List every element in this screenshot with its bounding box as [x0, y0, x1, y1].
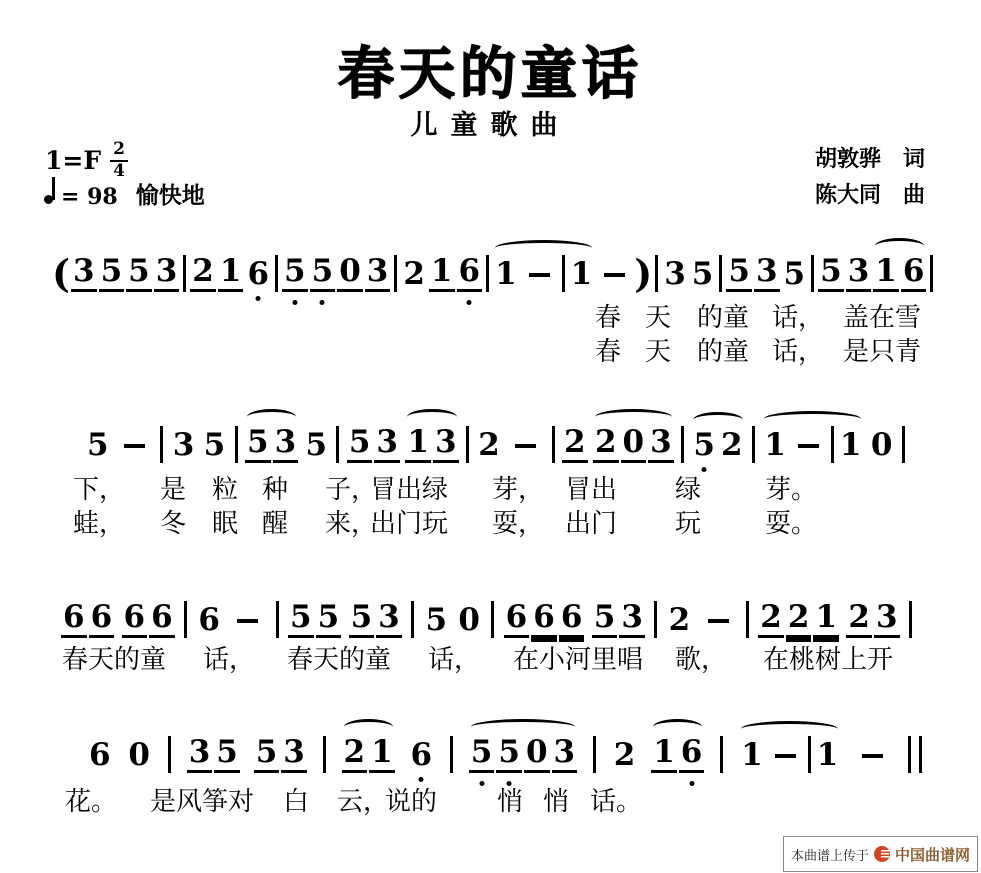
- note-digit: 5: [818, 253, 844, 292]
- note-digit: 5: [214, 734, 240, 773]
- note-digit: 5: [469, 734, 495, 773]
- note-group: [549, 426, 558, 463]
- note-digit: 6: [89, 599, 115, 638]
- lyrics-row-1-verse1: 春天的童话，盖在雪: [0, 297, 981, 329]
- barline: [746, 601, 749, 638]
- note-digit: 2: [401, 256, 427, 292]
- note: 0: [621, 424, 647, 463]
- lyric-syllable: 玩: [675, 503, 701, 540]
- note: 6: [61, 599, 87, 638]
- note-group: 66: [60, 599, 115, 638]
- note: 0: [869, 427, 895, 463]
- note-digit: 6: [409, 737, 435, 773]
- note-group: 53: [253, 734, 308, 773]
- note-digit: 5: [691, 427, 717, 463]
- note-digit: 3: [552, 734, 578, 773]
- note-digit: 3: [171, 427, 197, 463]
- note: 2: [719, 427, 745, 463]
- note: 6: [679, 734, 705, 773]
- note: 1: [369, 734, 395, 773]
- note-group: 55: [287, 599, 342, 638]
- note-digit: 6: [61, 599, 87, 638]
- note-digit: 5: [85, 427, 111, 463]
- lyrics-row-4: 花。是风筝对白云，说的悄悄话。: [0, 781, 981, 813]
- note-digit: 2: [342, 734, 368, 773]
- note: 5: [469, 734, 495, 773]
- barline: [183, 255, 186, 292]
- note-digit: 5: [202, 427, 228, 463]
- note-digit: 1: [493, 256, 519, 292]
- note-digit: 3: [71, 253, 97, 292]
- note-group: [333, 426, 342, 463]
- slur-arc: [875, 238, 924, 254]
- lyric-syllable: 白: [283, 781, 309, 818]
- note: 6: [149, 599, 175, 638]
- music-line-1: (3553216550321611)355355316: [52, 250, 908, 292]
- note-group: [506, 444, 545, 463]
- note: 3: [187, 734, 213, 773]
- lyric-syllable: 话，: [203, 639, 255, 676]
- barline: [552, 426, 555, 463]
- barline: [276, 601, 279, 638]
- barline: [752, 426, 755, 463]
- lyricist-credit: 胡敦骅 词: [815, 142, 925, 178]
- note-group: 2: [400, 256, 428, 292]
- slur-arc: [741, 721, 838, 737]
- note: 5: [288, 599, 314, 638]
- note: 2: [758, 599, 784, 638]
- note-digit: 2: [786, 599, 812, 638]
- dash-note: [515, 444, 536, 448]
- note-group: 53: [348, 599, 403, 638]
- lyric-syllable: 耍。: [765, 503, 817, 540]
- note-digit: 6: [196, 602, 222, 638]
- note: 6: [457, 253, 483, 292]
- note: 3: [154, 253, 180, 292]
- note: 1: [739, 737, 765, 773]
- note-group: 2: [611, 737, 639, 773]
- note-digit: 3: [281, 734, 307, 773]
- note: 0: [126, 737, 152, 773]
- lyric-syllable: 芽。: [765, 469, 817, 506]
- barline: [168, 736, 171, 773]
- dash-note: [237, 619, 258, 623]
- note: 3: [433, 424, 459, 463]
- note-group: [157, 426, 166, 463]
- note-group: [463, 426, 472, 463]
- note-digit: 6: [679, 734, 705, 773]
- note: 3: [874, 599, 900, 638]
- note-digit: 6: [531, 599, 557, 638]
- site-logo-icon: [874, 846, 890, 862]
- note: 3: [281, 734, 307, 773]
- note-digit: 2: [476, 427, 502, 463]
- note-digit: 0: [456, 602, 482, 638]
- note: 1: [218, 253, 244, 292]
- note: 2: [612, 737, 638, 773]
- expression-text: 愉快地: [136, 177, 205, 210]
- note-digit: 5: [310, 253, 336, 292]
- note: 2: [190, 253, 216, 292]
- lyric-syllable: 在桃树上开: [763, 639, 893, 676]
- lyrics-row-2-verse2: 蛙，冬眠醒来，出门玩耍，出门玩耍。: [0, 503, 981, 535]
- lyric-syllable: 悄: [497, 781, 523, 818]
- note: 6: [87, 737, 113, 773]
- note-group: 3: [661, 256, 689, 292]
- lyric-syllable: 冒出: [565, 469, 617, 506]
- barline: [719, 255, 722, 292]
- note: 6: [504, 599, 530, 638]
- note-digit: 6: [504, 599, 530, 638]
- lyric-syllable: 的童: [697, 297, 749, 334]
- note-group: [408, 601, 417, 638]
- note-digit: 5: [99, 253, 125, 292]
- subtitle: 儿童歌曲: [0, 103, 981, 142]
- barline: [593, 736, 596, 773]
- note-digit: 1: [813, 599, 839, 638]
- lyric-syllable: 种: [262, 469, 288, 506]
- note-group: [180, 255, 189, 292]
- note: 3: [846, 253, 872, 292]
- lyric-syllable: 粒: [212, 469, 238, 506]
- note: 5: [214, 734, 240, 773]
- barline: [831, 426, 834, 463]
- lyric-syllable: 醒: [262, 503, 288, 540]
- note-digit: 2: [758, 599, 784, 638]
- note: 5: [726, 253, 752, 292]
- note-group: 11: [738, 736, 841, 773]
- note: 5: [347, 424, 373, 463]
- note-group: 221: [757, 599, 840, 638]
- note-group: 6: [86, 737, 114, 773]
- site-name: 中国曲谱网: [895, 844, 970, 865]
- slur-arc: [407, 409, 456, 425]
- note-digit: 1: [873, 253, 899, 292]
- note-group: 5: [84, 427, 112, 463]
- note-group: 53: [817, 253, 872, 292]
- barline: [160, 426, 163, 463]
- note-group: 11: [492, 255, 595, 292]
- note: 5: [349, 599, 375, 638]
- note-digit: 5: [245, 424, 271, 463]
- note-digit: 5: [126, 253, 152, 292]
- note-group: 5: [781, 256, 809, 292]
- lyric-syllable: 耍，: [492, 503, 544, 540]
- lyric-syllable: 花。: [65, 781, 117, 818]
- note-digit: 2: [562, 424, 588, 463]
- barline: [486, 255, 489, 292]
- note: 5: [818, 253, 844, 292]
- note-group: 5503: [468, 734, 578, 773]
- dash-note: [708, 619, 729, 623]
- time-signature: 2 4: [110, 141, 128, 181]
- lyric-syllable: 冒出绿: [370, 469, 448, 506]
- dash-note: [124, 444, 145, 448]
- note: 6: [89, 599, 115, 638]
- note-digit: 5: [690, 256, 716, 292]
- note-digit: 5: [282, 253, 308, 292]
- note: 5: [282, 253, 308, 292]
- note-group: 53: [591, 599, 646, 638]
- lyric-syllable: 冬: [160, 503, 186, 540]
- note-digit: 3: [374, 424, 400, 463]
- note: 3: [662, 256, 688, 292]
- note: 6: [531, 599, 557, 638]
- note: 2: [593, 424, 619, 463]
- note-digit: 3: [273, 424, 299, 463]
- lyric-syllable: 话，: [772, 331, 824, 368]
- dash-note: [604, 273, 625, 277]
- note-group: 5: [303, 427, 331, 463]
- note: 5: [316, 599, 342, 638]
- barline: [466, 426, 469, 463]
- note: 3: [552, 734, 578, 773]
- lyric-syllable: 的童: [697, 331, 749, 368]
- barline: [930, 255, 933, 292]
- note-digit: 3: [874, 599, 900, 638]
- barline: [491, 601, 494, 638]
- note-group: [273, 601, 282, 638]
- lyric-syllable: 天: [645, 297, 671, 334]
- lyric-syllable: 春: [595, 331, 621, 368]
- slur-arc: [595, 409, 672, 425]
- note: 3: [376, 599, 402, 638]
- note-group: 2: [666, 602, 694, 638]
- barline: [411, 601, 414, 638]
- note-digit: 2: [719, 427, 745, 463]
- note-digit: 3: [754, 253, 780, 292]
- note-group: ): [595, 256, 652, 292]
- slur-arc: [764, 411, 861, 427]
- note-digit: 1: [569, 256, 595, 292]
- note-group: [927, 255, 936, 292]
- note-digit: 0: [869, 427, 895, 463]
- slur-arc: [495, 240, 592, 256]
- note: 5: [592, 599, 618, 638]
- note-group: 5: [422, 602, 450, 638]
- note: 3: [365, 253, 391, 292]
- note-group: [115, 444, 154, 463]
- note-digit: 1: [429, 253, 455, 292]
- note: 6: [409, 737, 435, 773]
- tempo-marking: = 98 愉快地: [44, 178, 205, 210]
- slur-arc: [344, 719, 393, 735]
- composer-credit: 陈大同 曲: [815, 178, 925, 214]
- note: 2: [476, 427, 502, 463]
- lyric-syllable: 盖在雪: [843, 297, 921, 334]
- note-group: 13: [404, 424, 459, 463]
- key-text: 1=F: [45, 146, 101, 175]
- lyric-syllable: 是: [160, 469, 186, 506]
- note-digit: 2: [667, 602, 693, 638]
- note: 1: [429, 253, 455, 292]
- barline: [336, 426, 339, 463]
- note-digit: 2: [846, 599, 872, 638]
- note: 6: [122, 599, 148, 638]
- barline: [323, 736, 326, 773]
- lyric-syllable: 话，: [772, 297, 824, 334]
- note: 3: [273, 424, 299, 463]
- lyric-syllable: 眠: [212, 503, 238, 540]
- note-group: [678, 426, 687, 463]
- lyric-syllable: 绿: [675, 469, 701, 506]
- note-digit: 3: [619, 599, 645, 638]
- note-group: 52: [690, 427, 745, 463]
- dash-note: [775, 754, 796, 758]
- note: 5: [126, 253, 152, 292]
- note-digit: 3: [648, 424, 674, 463]
- note-group: 11: [761, 426, 864, 463]
- key-signature: 1=F 2 4: [45, 141, 128, 181]
- note-group: [808, 255, 817, 292]
- lyric-syllable: 话，: [428, 639, 480, 676]
- note: 5: [245, 424, 271, 463]
- quarter-note-icon: [44, 195, 53, 204]
- note-digit: 3: [365, 253, 391, 292]
- note-digit: 6: [901, 253, 927, 292]
- parenthesis: (: [52, 256, 70, 292]
- note: 0: [524, 734, 550, 773]
- note-digit: 3: [187, 734, 213, 773]
- note: 1: [815, 737, 841, 773]
- note-group: 2: [475, 427, 503, 463]
- note: 2: [786, 599, 812, 638]
- lyric-syllable: 云，: [337, 781, 389, 818]
- note-group: [651, 601, 660, 638]
- note-digit: 6: [87, 737, 113, 773]
- note-digit: 1: [838, 427, 864, 463]
- note-digit: 1: [218, 253, 244, 292]
- note-digit: 6: [559, 599, 585, 638]
- note: 6: [245, 256, 271, 292]
- note-group: 35: [186, 734, 241, 773]
- watermark-text: 本曲谱上传于: [791, 845, 869, 864]
- note-group: [272, 255, 281, 292]
- note-digit: 5: [304, 427, 330, 463]
- barline: [811, 255, 814, 292]
- sheet-music-page: 春天的童话 儿童歌曲 1=F 2 4 = 98 愉快地 胡敦骅 词 陈大同 曲 …: [0, 0, 981, 873]
- note: 2: [562, 424, 588, 463]
- slur-arc: [653, 719, 702, 735]
- note: 3: [648, 424, 674, 463]
- credits: 胡敦骅 词 陈大同 曲: [815, 142, 925, 214]
- barline: [902, 426, 905, 463]
- lyric-syllable: 出门: [565, 503, 617, 540]
- note-group: 216: [189, 253, 272, 292]
- note-group: [320, 736, 329, 773]
- lyric-syllable: 下，: [73, 469, 125, 506]
- note-group: 5503: [281, 253, 391, 292]
- note-group: [447, 736, 456, 773]
- lyric-syllable: 芽，: [492, 469, 544, 506]
- note: 5: [496, 734, 522, 773]
- barline: [275, 255, 278, 292]
- note: 6: [559, 599, 585, 638]
- final-barline: [908, 736, 922, 773]
- note-digit: 0: [126, 737, 152, 773]
- note: 3: [374, 424, 400, 463]
- note-group: 53: [244, 424, 299, 463]
- lyric-syllable: 出门玩: [370, 503, 448, 540]
- note-digit: 1: [739, 737, 765, 773]
- time-signature-upper: 2: [110, 141, 128, 162]
- note: 6: [901, 253, 927, 292]
- note-digit: 1: [815, 737, 841, 773]
- note: 3: [171, 427, 197, 463]
- note: 5: [254, 734, 280, 773]
- dash-note: [798, 444, 819, 448]
- note: 2: [401, 256, 427, 292]
- barline: [450, 736, 453, 773]
- note: 5: [691, 427, 717, 463]
- note-group: [906, 601, 915, 638]
- note-group: [717, 736, 726, 773]
- note: 1: [405, 424, 431, 463]
- note-digit: 5: [592, 599, 618, 638]
- note: 3: [619, 599, 645, 638]
- note: 1: [569, 256, 595, 292]
- lyric-syllable: 悄: [543, 781, 569, 818]
- note: 5: [99, 253, 125, 292]
- note: 1: [873, 253, 899, 292]
- note-group: [904, 736, 922, 773]
- note-digit: 1: [762, 427, 788, 463]
- lyric-syllable: 春天的童: [287, 639, 391, 676]
- lyric-syllable: 歌，: [675, 639, 727, 676]
- lyric-syllable: 春: [595, 297, 621, 334]
- note-group: [743, 601, 752, 638]
- note-digit: 3: [433, 424, 459, 463]
- note-digit: 5: [349, 599, 375, 638]
- note-group: 5: [689, 256, 717, 292]
- note-digit: 3: [154, 253, 180, 292]
- music-line-4: 603553216550321611: [86, 731, 922, 773]
- note: 1: [838, 427, 864, 463]
- lyrics-row-2-verse1: 下，是粒种子，冒出绿芽，冒出绿芽。: [0, 469, 981, 501]
- barline: [654, 601, 657, 638]
- note-group: 0: [868, 427, 896, 463]
- note-digit: 3: [376, 599, 402, 638]
- note-group: 6: [195, 602, 223, 638]
- barline: [235, 426, 238, 463]
- slur-arc: [471, 719, 575, 735]
- note: 1: [762, 427, 788, 463]
- barline: [909, 601, 912, 638]
- note: 0: [456, 602, 482, 638]
- lyric-syllable: 天: [645, 331, 671, 368]
- slur-arc: [693, 412, 742, 428]
- note-digit: 6: [122, 599, 148, 638]
- note-digit: 3: [662, 256, 688, 292]
- music-line-2: 53553553132220352110: [84, 421, 908, 463]
- note-group: 23: [845, 599, 900, 638]
- dash-note: [862, 754, 883, 758]
- note-group: 0: [455, 602, 483, 638]
- note-digit: 6: [457, 253, 483, 292]
- note: 1: [651, 734, 677, 773]
- lyric-syllable: 是只青: [843, 331, 921, 368]
- note-group: [181, 601, 190, 638]
- note-group: 53: [346, 424, 401, 463]
- note-digit: 1: [369, 734, 395, 773]
- note-group: 21: [341, 734, 396, 773]
- note-digit: 1: [405, 424, 431, 463]
- note-group: [165, 736, 174, 773]
- note-group: [853, 754, 892, 773]
- note-digit: 3: [846, 253, 872, 292]
- lyric-syllable: 蛙，: [73, 503, 125, 540]
- lyric-syllable: 是风筝对: [150, 781, 254, 818]
